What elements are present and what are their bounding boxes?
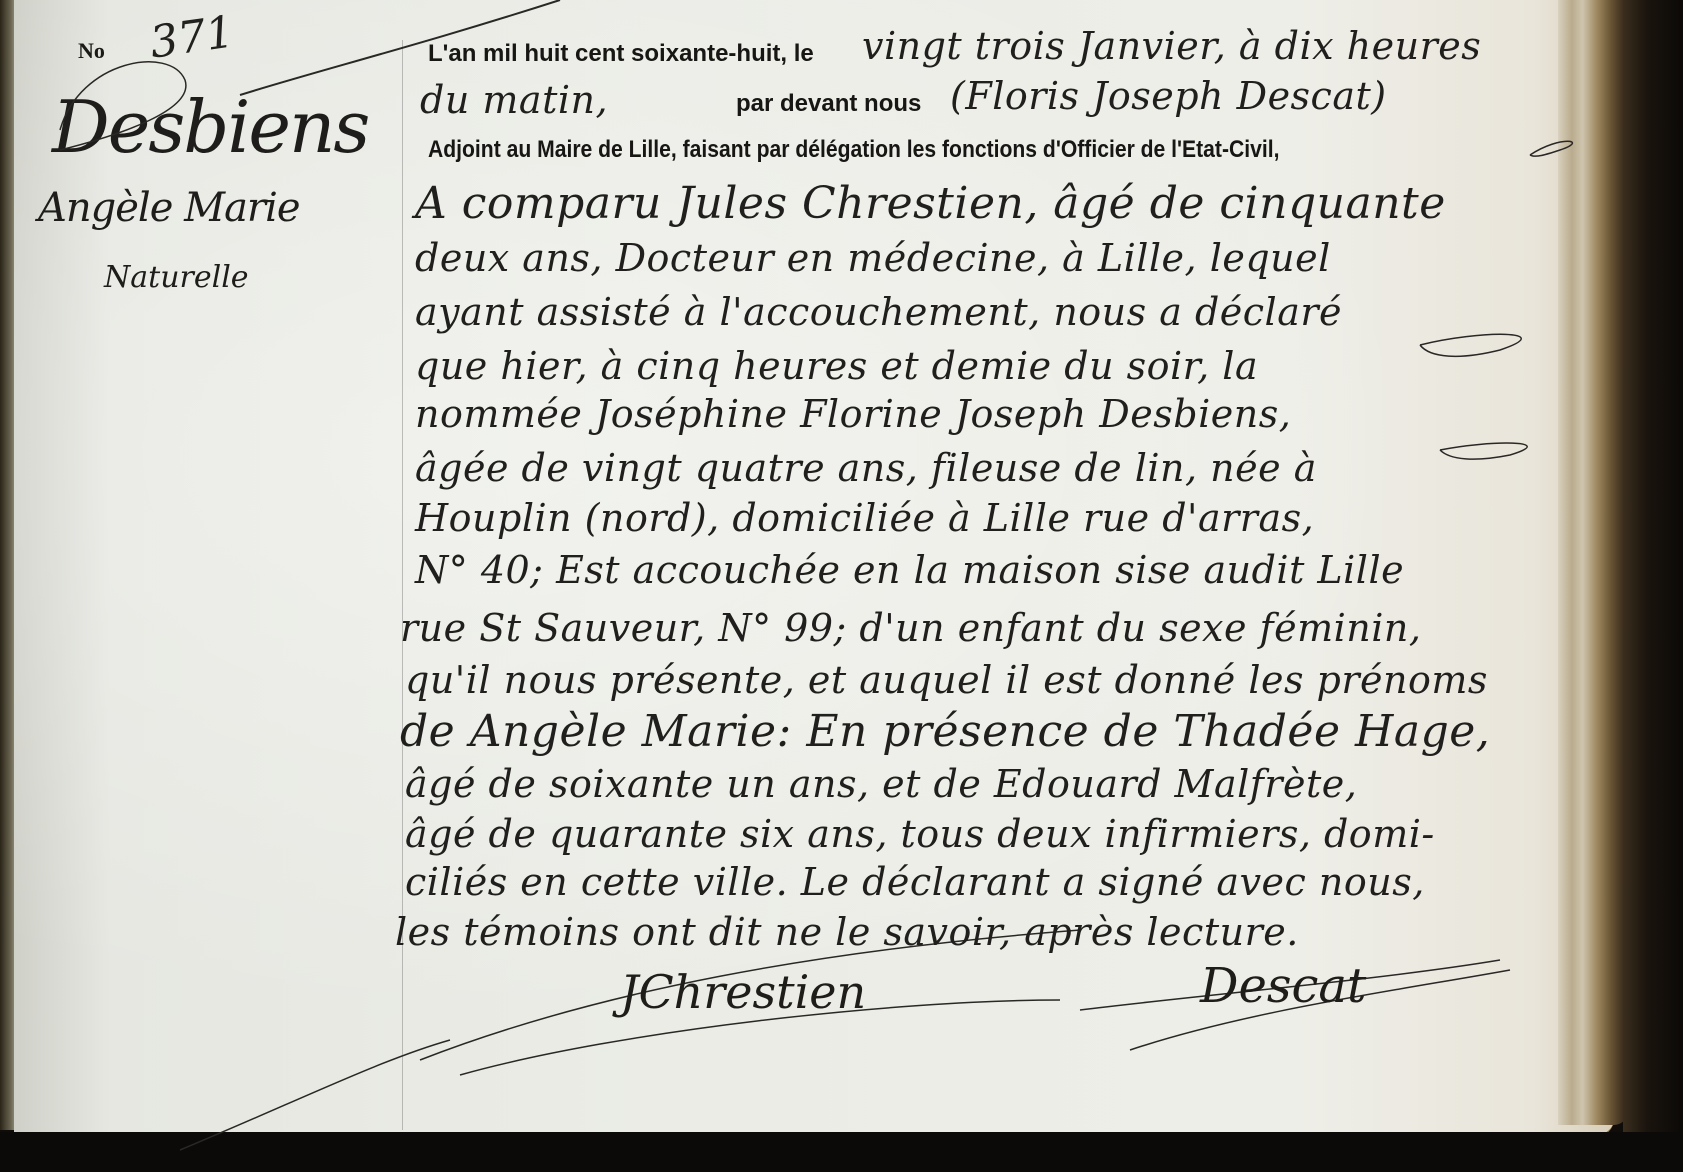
bottom-shadow (0, 1132, 1683, 1172)
record-line-18: les témoins ont dit ne le savoir, après … (395, 910, 1299, 954)
margin-rule-line (402, 40, 403, 1130)
record-line-17: ciliés en cette ville. Le déclarant a si… (405, 860, 1425, 904)
scanned-register-photo: No 371 Desbiens Angèle Marie Naturelle L… (0, 0, 1683, 1172)
printed-text: Adjoint au Maire de Lille, faisant par d… (428, 136, 1279, 164)
record-line-8: nommée Joséphine Florine Joseph Desbiens… (415, 392, 1291, 436)
record-line-6: ayant assisté à l'accouchement, nous a d… (415, 290, 1342, 334)
stacked-page-edges (1558, 0, 1628, 1125)
act-number-label: No (78, 38, 105, 64)
officer-signature: Descat (1200, 958, 1366, 1014)
record-line-4: A comparu Jules Chrestien, âgé de cinqua… (415, 178, 1446, 229)
record-line-14: de Angèle Marie: En présence de Thadée H… (400, 706, 1490, 757)
margin-given-names: Angèle Marie (38, 185, 300, 231)
record-line-3: Adjoint au Maire de Lille, faisant par d… (428, 136, 1396, 164)
printed-text: par devant nous (736, 90, 921, 117)
record-line-1: L'an mil huit cent soixante-huit, le (428, 40, 814, 68)
record-line-2: par devant nous (736, 90, 921, 118)
margin-surname: Desbiens (52, 85, 368, 169)
record-line-2-hand-before: du matin, (420, 78, 608, 122)
declarant-signature: JChrestien (620, 965, 866, 1019)
record-line-13: qu'il nous présente, et auquel il est do… (405, 658, 1488, 702)
record-line-10: Houplin (nord), domiciliée à Lille rue d… (415, 496, 1314, 540)
record-line-2-hand: (Floris Joseph Descat) (950, 74, 1387, 118)
record-line-9: âgée de vingt quatre ans, fileuse de lin… (415, 446, 1317, 490)
record-line-7: que hier, à cinq heures et demie du soir… (415, 344, 1258, 388)
record-line-15: âgé de soixante un ans, et de Edouard Ma… (405, 762, 1357, 806)
record-line-16: âgé de quarante six ans, tous deux infir… (405, 812, 1435, 856)
record-line-5: deux ans, Docteur en médecine, à Lille, … (415, 236, 1331, 280)
book-cover-right (1623, 0, 1683, 1172)
margin-status: Naturelle (104, 260, 249, 295)
printed-text: L'an mil huit cent soixante-huit, le (428, 40, 814, 67)
record-line-1-hand: vingt trois Janvier, à dix heures (862, 24, 1481, 68)
record-line-11: N° 40; Est accouchée en la maison sise a… (415, 548, 1404, 592)
record-line-12: rue St Sauveur, N° 99; d'un enfant du se… (400, 606, 1421, 650)
